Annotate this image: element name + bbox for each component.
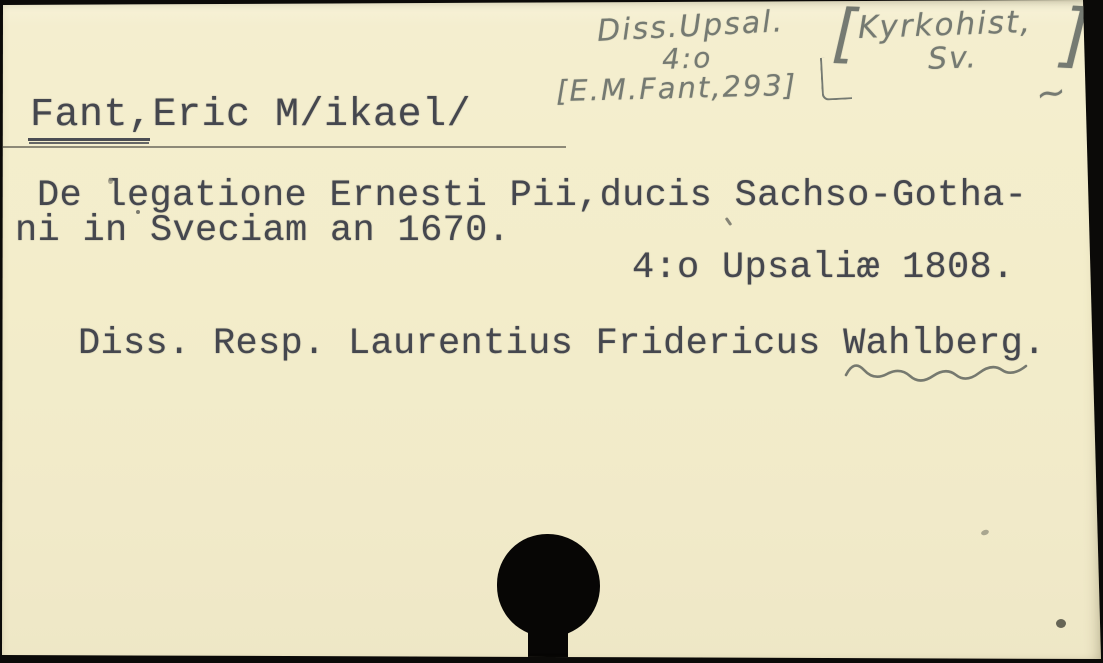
respondent-line: Diss. Resp. Laurentius Fridericus Wahlbe… — [78, 326, 1046, 363]
heading-surname: Fant — [30, 93, 128, 138]
heading-line: Fant,Eric M/ikael/ — [30, 96, 471, 136]
stray-mark — [136, 210, 140, 214]
subject-note-line1: Kyrkohist, — [858, 7, 1033, 44]
imprint-line: 4:o Upsaliæ 1808. — [632, 250, 1015, 287]
subject-note-line2: Sv. — [927, 43, 978, 75]
subject-close-bracket: ] — [1060, 0, 1091, 71]
stray-mark — [725, 217, 733, 226]
index-card: Diss.Upsal. 4:o [E.M.Fant,293] [ Kyrkohi… — [0, 0, 1103, 663]
reference-note: [E.M.Fant,293] — [556, 71, 798, 106]
tilde-mark: ~ — [1034, 74, 1069, 114]
stray-mark — [1056, 619, 1066, 628]
catalog-card-scan: Diss.Upsal. 4:o [E.M.Fant,293] [ Kyrkohi… — [0, 0, 1103, 663]
heading-rule — [0, 146, 566, 148]
stray-mark — [980, 529, 989, 536]
stray-mark — [108, 178, 113, 184]
surname-underline-1 — [28, 138, 150, 141]
bracket-connector-mark — [820, 56, 852, 101]
title-line-2: ni in Sveciam an 1670. — [15, 213, 510, 250]
respondent-prefix: Diss. Resp. Laurentius Fridericus — [78, 323, 843, 365]
respondent-suffix: . — [1023, 323, 1046, 365]
heading-rest: ,Eric M/ikael/ — [128, 93, 471, 138]
hole-punch-stem — [528, 612, 568, 663]
respondent-name: Wahlberg — [843, 323, 1023, 365]
surname-underline-2 — [29, 142, 149, 144]
